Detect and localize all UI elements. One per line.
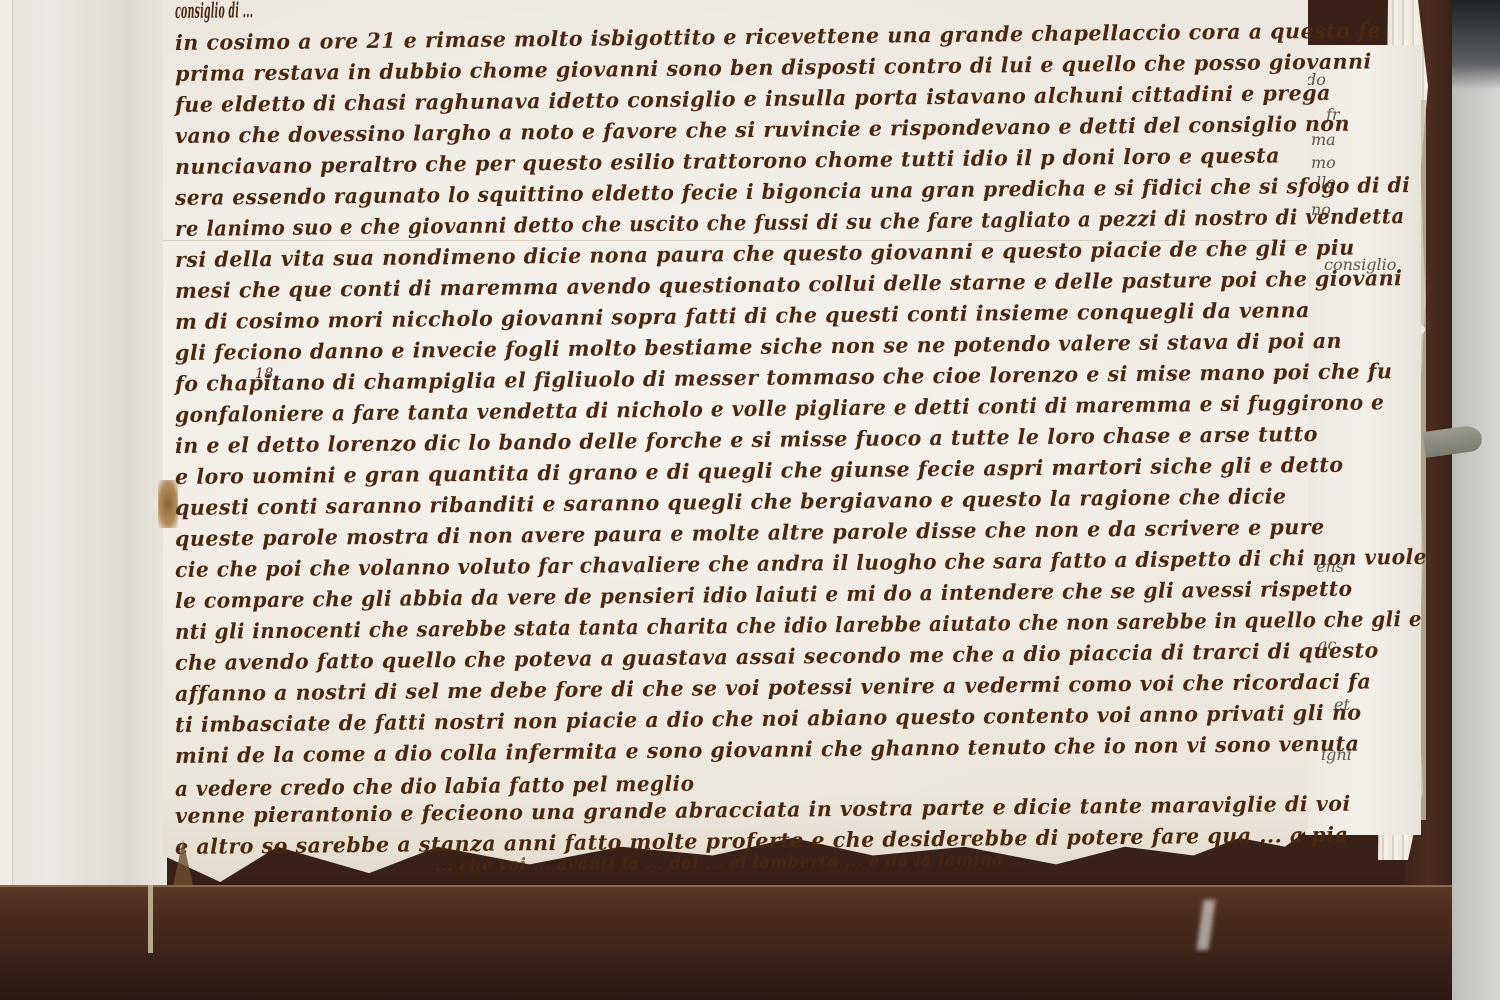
cradle-front-rail (0, 885, 1452, 955)
flyleaf-edge (0, 0, 13, 895)
interlinear-numeral: 18 (255, 366, 274, 382)
blank-flyleaf (0, 0, 127, 895)
rail-seam (148, 885, 153, 955)
margin-note: mo (1311, 153, 1336, 172)
text-line: consiglio di ... (175, 0, 253, 23)
cradle-base (0, 953, 1452, 1000)
guard-strip (125, 0, 167, 890)
background-wall (1448, 0, 1500, 1000)
wall-shadow (1450, 0, 1500, 90)
